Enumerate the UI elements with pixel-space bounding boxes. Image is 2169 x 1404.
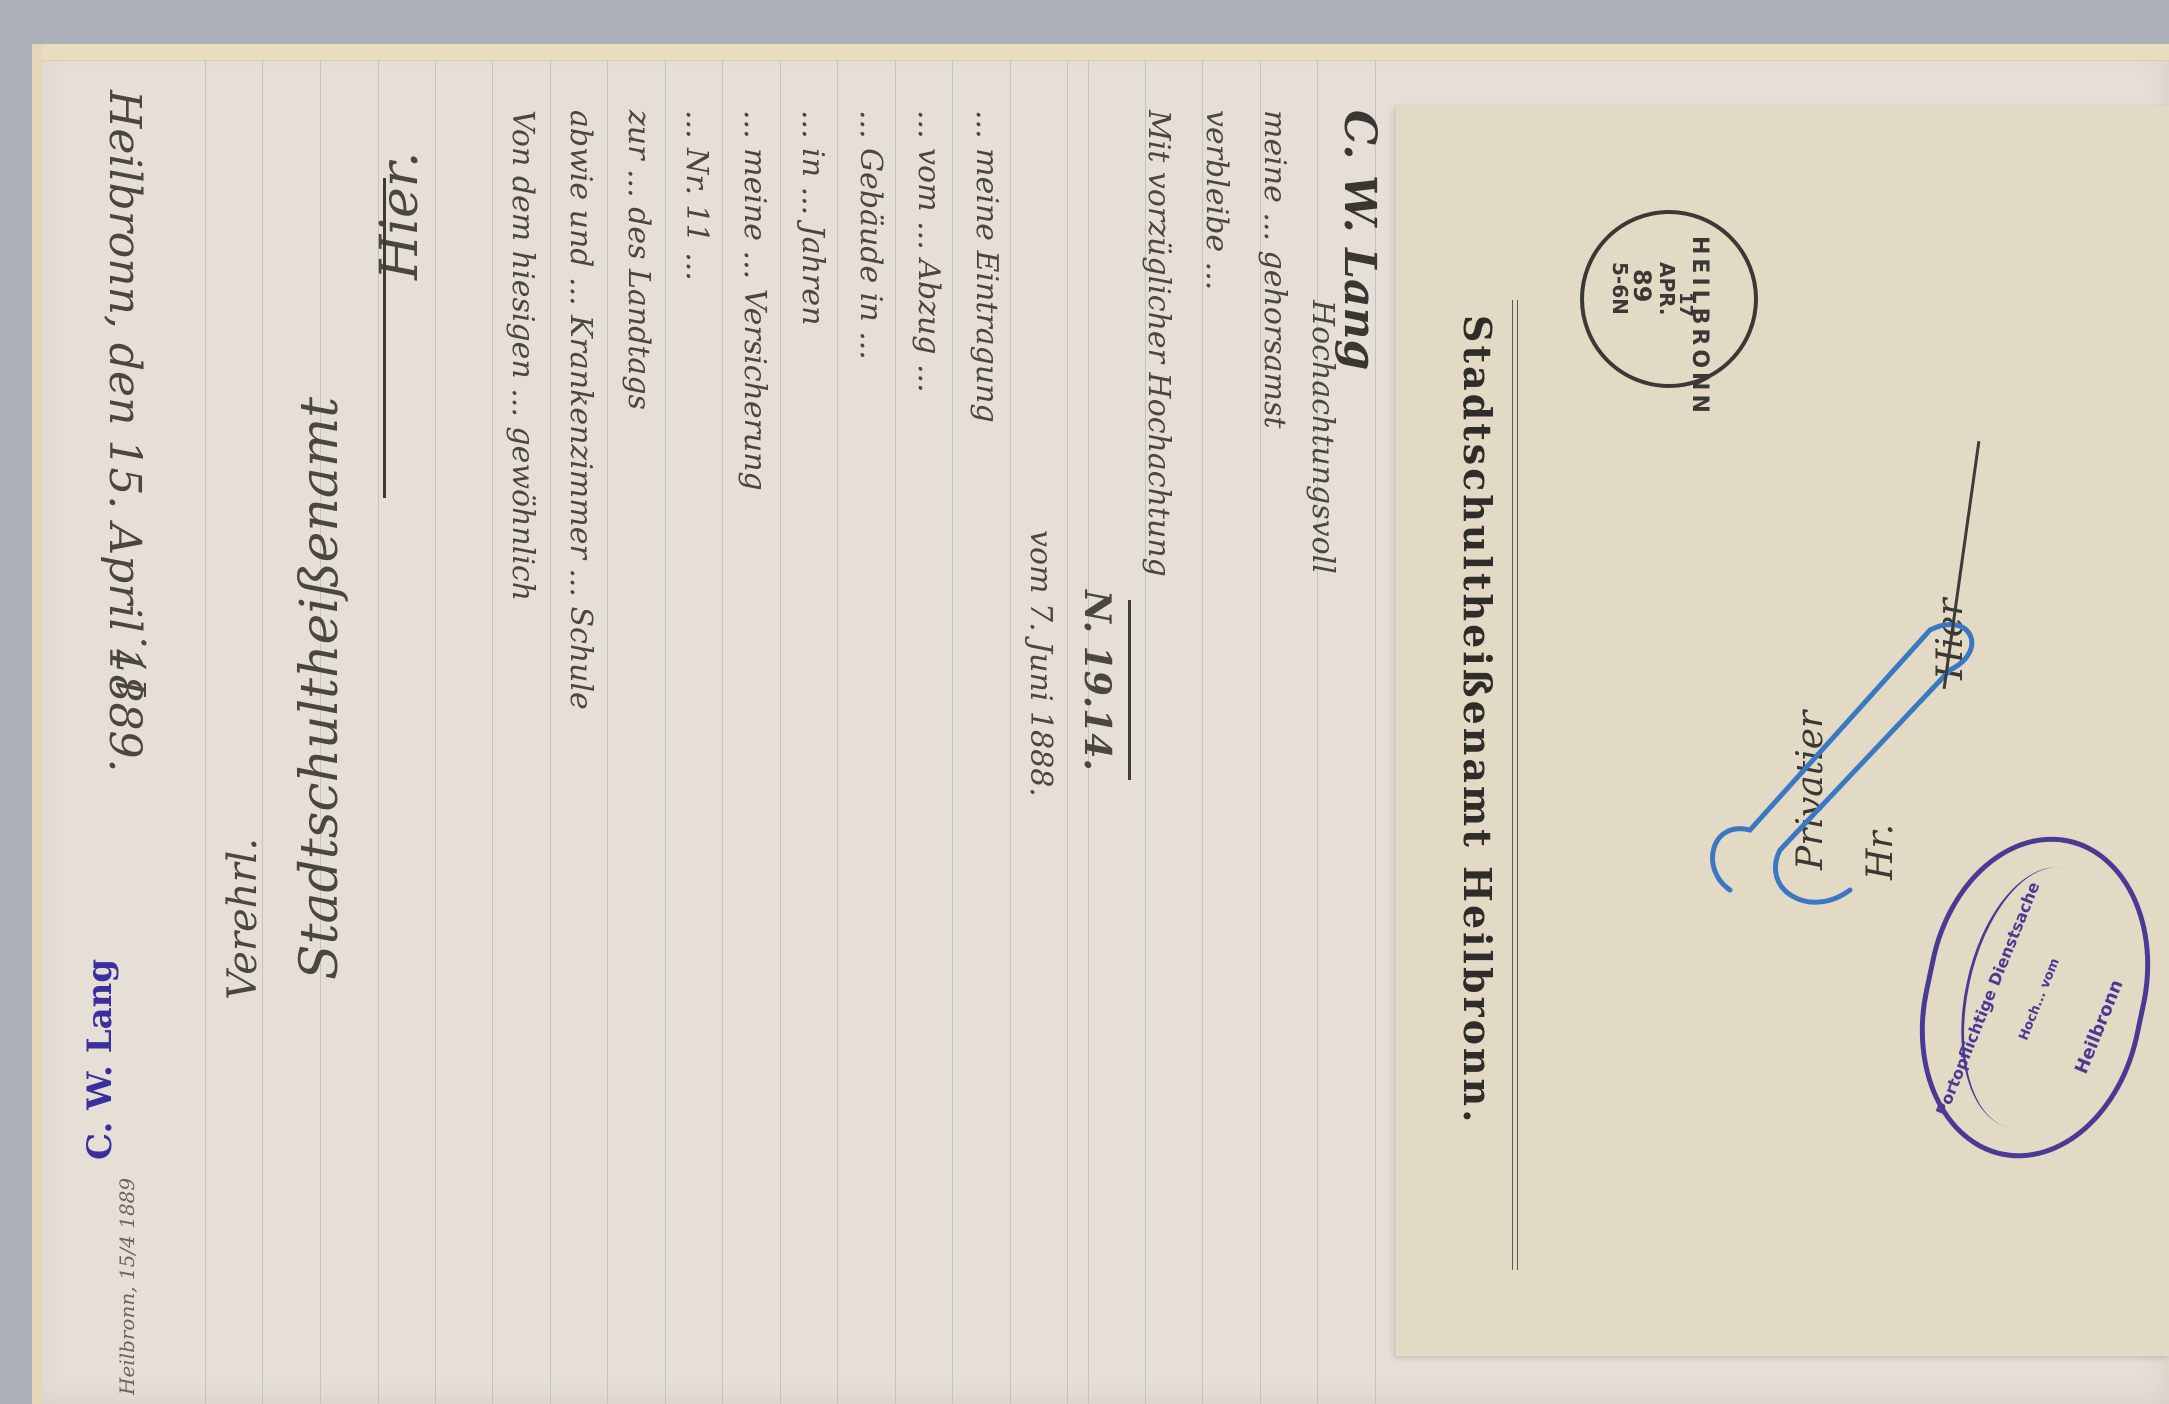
reference-number: N. 19.14. <box>1076 590 1118 771</box>
page-top-edge <box>32 44 2169 61</box>
body-line: ... Nr. 11 ... <box>679 110 714 281</box>
ruled-line <box>780 60 781 1404</box>
postmark: HEILBRONN 17 APR. 89 5-6N <box>1580 210 1758 388</box>
ruled-line <box>435 60 436 1404</box>
addressee: Stadtschultheißenamt <box>290 397 350 980</box>
envelope-header-rule <box>1512 300 1518 1270</box>
body-line: zur ... des Landtags <box>621 110 656 410</box>
ruled-line <box>1010 60 1011 1404</box>
ruled-line <box>1317 60 1318 1404</box>
place-date: Heilbronn, den 15. April 1889. <box>99 90 150 772</box>
body-line: vom 7. Juni 1888. <box>1023 530 1058 797</box>
body-line: ... vom ... Abzug ... <box>911 110 946 393</box>
ruled-line <box>262 60 263 1404</box>
ruled-line <box>722 60 723 1404</box>
body-line: ... meine Eintragung <box>969 110 1004 423</box>
body-line: ... Gebäude in ... <box>853 110 888 360</box>
postmark-year: 89 <box>1628 269 1656 302</box>
ruled-line <box>1067 60 1068 1404</box>
salutation-prefix: Verehrl. <box>220 838 266 1000</box>
body-line: ... meine ... Versicherung <box>737 110 772 491</box>
ruled-line <box>492 60 493 1404</box>
envelope-header: Stadtschultheißenamt Heilbronn. <box>1455 315 1500 1125</box>
page-left-edge <box>32 44 42 1404</box>
postmark-time: 5-6N <box>1608 262 1632 315</box>
addressee-underline <box>383 178 386 498</box>
postmark-month: APR. <box>1655 262 1679 316</box>
ruled-line <box>895 60 896 1404</box>
ruled-line <box>205 60 206 1404</box>
signature: C. W. Lang <box>1334 110 1385 370</box>
addressee-place: Hier. <box>370 152 430 280</box>
postmark-city: HEILBRONN <box>1687 236 1712 417</box>
ruled-line <box>837 60 838 1404</box>
body-line: Von dem hiesigen ... gewöhnlich <box>505 110 540 601</box>
received-note: Heilbronn, 15/4 1889 <box>115 1178 139 1395</box>
ruled-line <box>607 60 608 1404</box>
closing-line: meine ... gehorsamst <box>1257 110 1292 428</box>
ruled-line <box>665 60 666 1404</box>
body-line: abwie und ... Krankenzimmer ... Schule <box>563 110 598 710</box>
reference-underline <box>1128 600 1131 780</box>
body-line: ... in ... Jahren <box>795 110 830 325</box>
ruled-line <box>550 60 551 1404</box>
ruled-line <box>952 60 953 1404</box>
sender-stamp: C. W. Lang <box>80 959 120 1160</box>
closing-line: Mit vorzüglicher Hochachtung <box>1141 110 1176 577</box>
closing-line: verbleibe ... <box>1199 110 1234 290</box>
blue-crayon-mark <box>1690 590 1990 970</box>
